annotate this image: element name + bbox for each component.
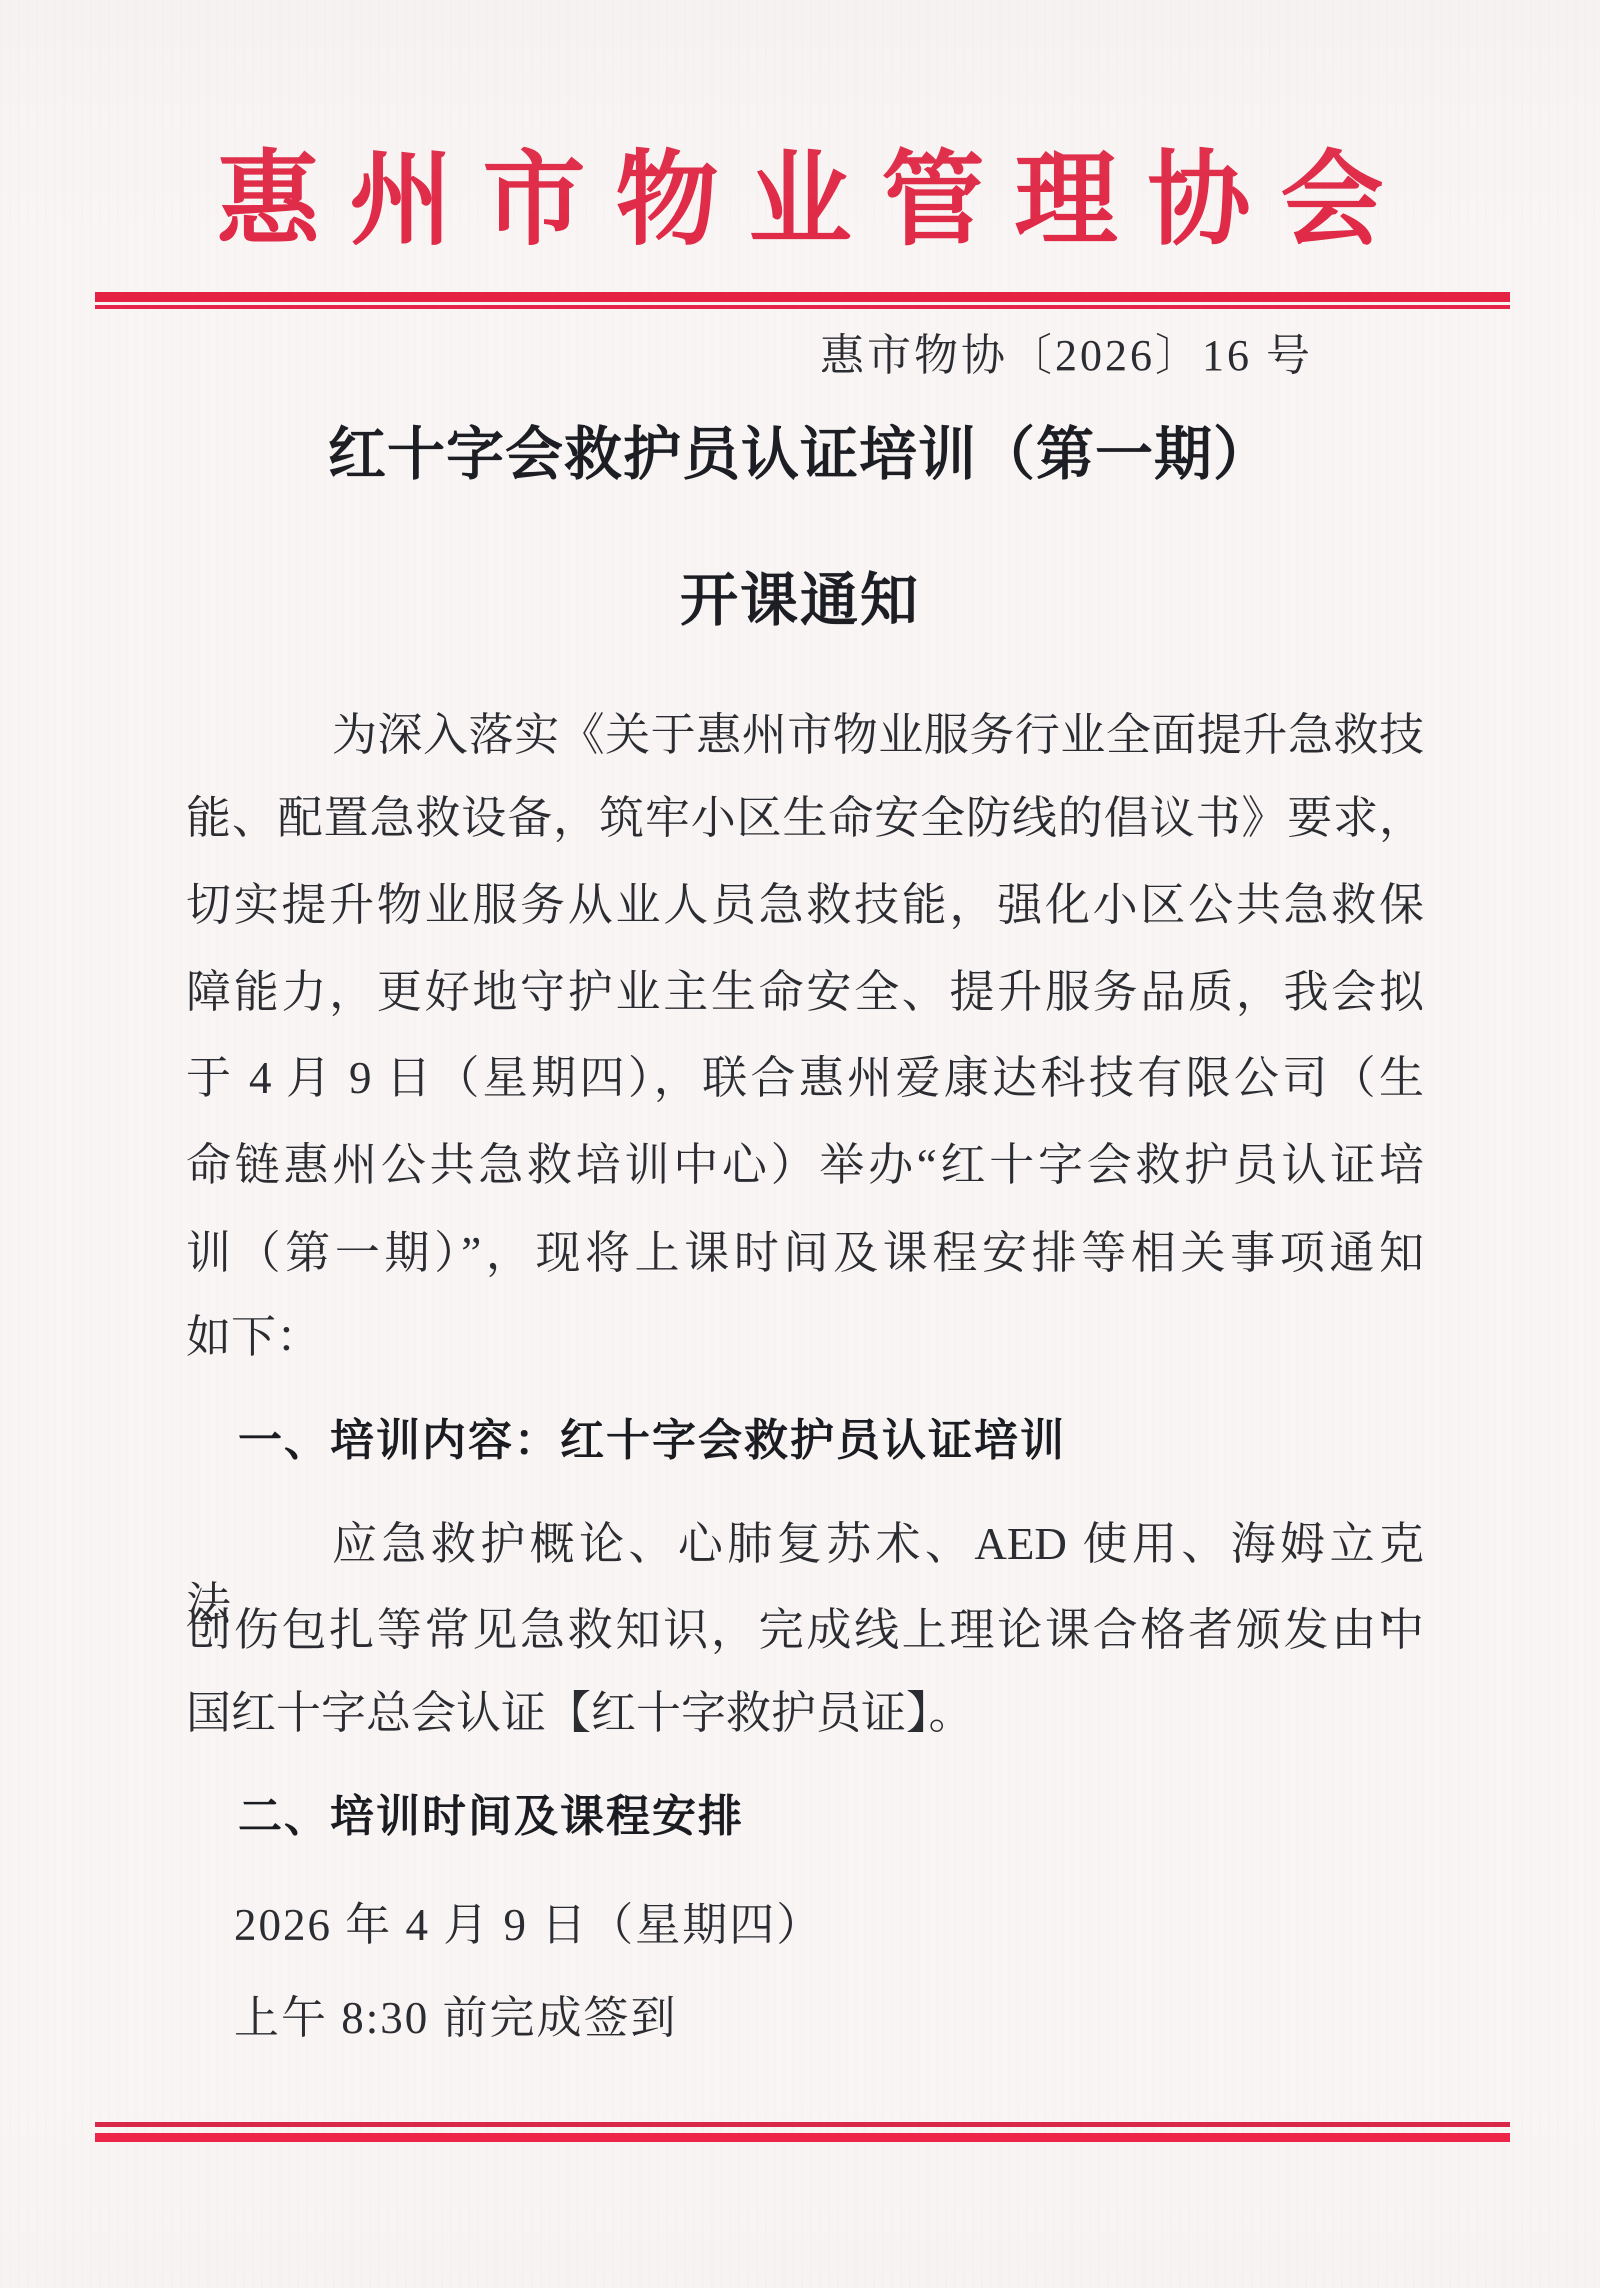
- org-name: 惠州市物业管理协会: [0, 144, 1600, 259]
- footer-rule: [95, 2122, 1510, 2142]
- body-line: 训（第一期）”，现将上课时间及课程安排等相关事项通知: [186, 1223, 1424, 1283]
- section-heading-schedule: 二、培训时间及课程安排: [238, 1787, 744, 1847]
- header-rule-thin: [95, 305, 1510, 309]
- body-line: 国红十字总会认证【红十字救护员证】。: [186, 1683, 1424, 1743]
- doc-number: 惠市物协〔2026〕16 号: [820, 326, 1313, 386]
- document-page: 惠州市物业管理协会 惠市物协〔2026〕16 号 红十字会救护员认证培训（第一期…: [0, 0, 1600, 2288]
- body-line: 于 4 月 9 日（星期四），联合惠州爱康达科技有限公司（生: [186, 1048, 1424, 1108]
- body-line: 切实提升物业服务从业人员急救技能，强化小区公共急救保: [186, 875, 1424, 935]
- section-heading-content: 一、培训内容：红十字会救护员认证培训: [238, 1411, 1066, 1471]
- doc-subtitle: 开课通知: [0, 567, 1600, 635]
- body-line: 障能力，更好地守护业主生命安全、提升服务品质，我会拟: [186, 962, 1424, 1022]
- header-rule: [95, 292, 1510, 309]
- body-line: 能、配置急救设备，筑牢小区生命安全防线的倡议书》要求，: [186, 788, 1424, 848]
- footer-rule-thick: [95, 2133, 1510, 2142]
- body-line: 创伤包扎等常见急救知识，完成线上理论课合格者颁发由中: [186, 1600, 1424, 1660]
- doc-title: 红十字会救护员认证培训（第一期）: [0, 421, 1600, 489]
- body-line: 如下：: [186, 1307, 1424, 1367]
- body-line: 命链惠州公共急救培训中心）举办“红十字会救护员认证培: [186, 1135, 1424, 1195]
- training-date-line: 2026 年 4 月 9 日（星期四）: [234, 1895, 823, 1955]
- body-line: 应急救护概论、心肺复苏术、AED 使用、海姆立克法、: [186, 1514, 1424, 1574]
- body-line: 为深入落实《关于惠州市物业服务行业全面提升急救技: [186, 705, 1424, 765]
- signin-time-line: 上午 8:30 前完成签到: [234, 1988, 678, 2048]
- header-rule-thick: [95, 292, 1510, 302]
